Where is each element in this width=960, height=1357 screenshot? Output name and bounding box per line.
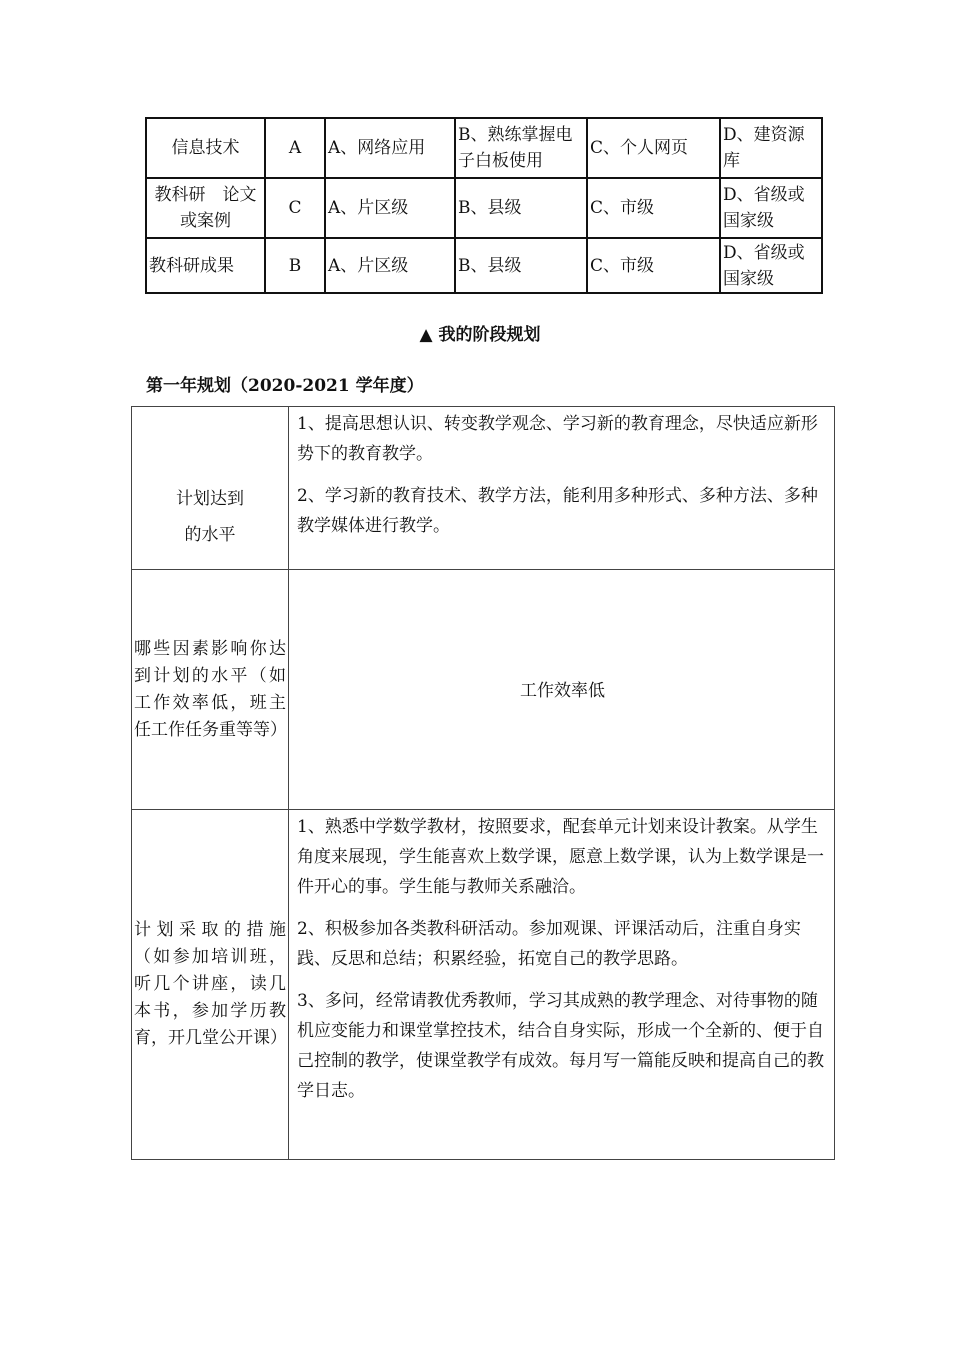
table-row: 教科研 论文或案例 C A、片区级 B、县级 C、市级 D、省级或国家级	[146, 178, 822, 238]
row-label: 计划采取的措施（如参加培训班，听几个讲座，读几本书，参加学历教育，开几堂公开课）	[132, 810, 289, 1160]
option-c-cell: C、个人网页	[587, 118, 720, 178]
option-d-cell: D、省级或国家级	[720, 178, 822, 238]
table-row: 信息技术 A A、网络应用 B、熟练掌握电子白板使用 C、个人网页 D、建资源库	[146, 118, 822, 178]
grade-cell: B	[265, 238, 325, 293]
option-b-cell: B、熟练掌握电子白板使用	[455, 118, 587, 178]
item-cell: 教科研 论文或案例	[146, 178, 265, 238]
table-row: 计划达到 的水平 1、提高思想认识、转变教学观念、学习新的教育理念，尽快适应新形…	[132, 407, 835, 570]
table-row: 教科研成果 B A、片区级 B、县级 C、市级 D、省级或国家级	[146, 238, 822, 293]
grade-cell: C	[265, 178, 325, 238]
option-c-cell: C、市级	[587, 178, 720, 238]
section-heading: ▲ 我的阶段规划	[0, 320, 960, 345]
plan-table: 计划达到 的水平 1、提高思想认识、转变教学观念、学习新的教育理念，尽快适应新形…	[131, 406, 835, 1160]
paragraph: 1、熟悉中学数学教材，按照要求，配套单元计划来设计教案。从学生角度来展现，学生能…	[297, 812, 828, 902]
paragraph: 3、多问，经常请教优秀教师，学习其成熟的教学理念、对待事物的随机应变能力和课堂掌…	[297, 986, 828, 1106]
option-d-cell: D、省级或国家级	[720, 238, 822, 293]
paragraph: 2、积极参加各类教科研活动。参加观课、评课活动后，注重自身实践、反思和总结；积累…	[297, 914, 828, 974]
row-content: 工作效率低	[289, 570, 835, 810]
option-d-cell: D、建资源库	[720, 118, 822, 178]
table-row: 哪些因素影响你达到计划的水平（如工作效率低，班主任工作任务重等等） 工作效率低	[132, 570, 835, 810]
paragraph: 2、学习新的教育技术、教学方法，能利用多种形式、多种方法、多种教学媒体进行教学。	[297, 481, 828, 541]
paragraph: 1、提高思想认识、转变教学观念、学习新的教育理念，尽快适应新形势下的教育教学。	[297, 409, 828, 469]
section-heading-text: 我的阶段规划	[439, 325, 541, 345]
option-a-cell: A、片区级	[325, 178, 455, 238]
year-plan-title: 第一年规划（2020-2021 学年度）	[146, 371, 424, 396]
item-cell: 信息技术	[146, 118, 265, 178]
option-b-cell: B、县级	[455, 238, 587, 293]
table-row: 计划采取的措施（如参加培训班，听几个讲座，读几本书，参加学历教育，开几堂公开课）…	[132, 810, 835, 1160]
option-a-cell: A、网络应用	[325, 118, 455, 178]
option-a-cell: A、片区级	[325, 238, 455, 293]
triangle-icon: ▲	[420, 325, 433, 345]
row-content: 1、熟悉中学数学教材，按照要求，配套单元计划来设计教案。从学生角度来展现，学生能…	[289, 810, 835, 1160]
skills-table: 信息技术 A A、网络应用 B、熟练掌握电子白板使用 C、个人网页 D、建资源库…	[145, 117, 823, 294]
row-label: 哪些因素影响你达到计划的水平（如工作效率低，班主任工作任务重等等）	[132, 570, 289, 810]
label-text: 哪些因素影响你达到计划的水平（如工作效率低，班主任工作任务重等等）	[134, 636, 286, 744]
row-content: 1、提高思想认识、转变教学观念、学习新的教育理念，尽快适应新形势下的教育教学。 …	[289, 407, 835, 570]
item-cell: 教科研成果	[146, 238, 265, 293]
row-label: 计划达到 的水平	[132, 407, 289, 570]
label-line: 计划达到	[134, 484, 286, 514]
label-text: 计划采取的措施（如参加培训班，听几个讲座，读几本书，参加学历教育，开几堂公开课）	[134, 917, 286, 1052]
label-line: 的水平	[134, 520, 286, 550]
option-c-cell: C、市级	[587, 238, 720, 293]
option-b-cell: B、县级	[455, 178, 587, 238]
grade-cell: A	[265, 118, 325, 178]
